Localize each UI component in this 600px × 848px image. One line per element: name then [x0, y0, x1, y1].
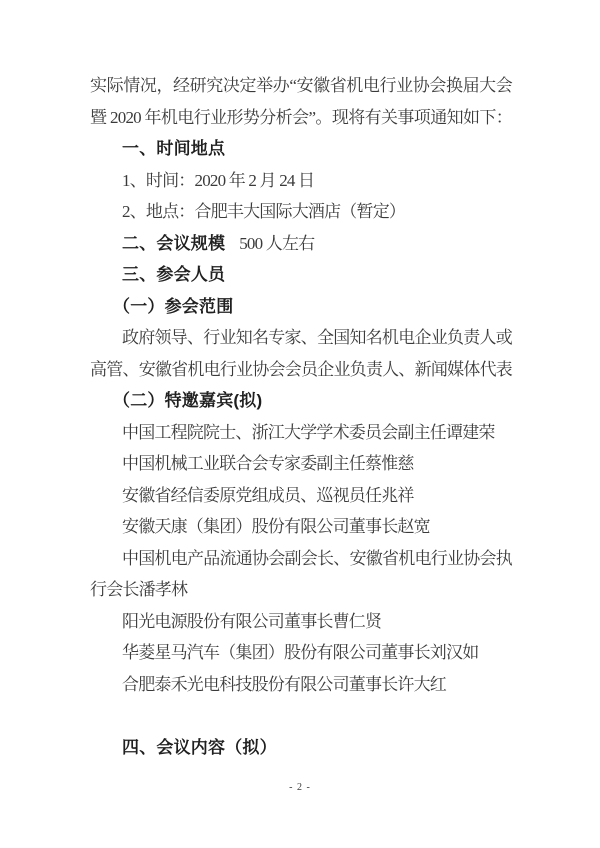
document-body: 实际情况，经研究决定举办“安徽省机电行业协会换届大会 暨 2020 年机电行业形…	[90, 70, 512, 763]
subheading-invited-guests: （二）特邀嘉宾(拟)	[90, 385, 512, 417]
guest-line: 华菱星马汽车（集团）股份有限公司董事长刘汉如	[90, 637, 512, 669]
guest-line: 中国机械工业联合会专家委副主任蔡惟慈	[90, 448, 512, 480]
heading-participants: 三、参会人员	[90, 259, 512, 291]
participant-scope-line: 政府领导、行业知名专家、全国知名机电企业负责人或	[90, 322, 512, 354]
heading-time-location: 一、时间地点	[90, 133, 512, 165]
participant-scope-line: 高管、安徽省机电行业协会会员企业负责人、新闻媒体代表	[90, 354, 512, 386]
subheading-participant-scope: （一）参会范围	[90, 291, 512, 323]
paragraph-continuation-line: 实际情况，经研究决定举办“安徽省机电行业协会换届大会	[90, 70, 512, 102]
meeting-scale-label: 二、会议规模	[122, 234, 225, 253]
paragraph-continuation-line: 暨 2020 年机电行业形势分析会”。现将有关事项通知如下：	[90, 102, 512, 134]
heading-meeting-content: 四、会议内容（拟）	[90, 732, 512, 764]
guest-line: 阳光电源股份有限公司董事长曹仁贤	[90, 606, 512, 638]
guest-line: 中国工程院院士、浙江大学学术委员会副主任谭建荣	[90, 417, 512, 449]
line-meeting-location: 2、地点：合肥丰大国际大酒店（暂定）	[90, 196, 512, 228]
guest-line: 安徽天康（集团）股份有限公司董事长赵宽	[90, 511, 512, 543]
heading-meeting-scale: 二、会议规模500 人左右	[90, 228, 512, 260]
line-meeting-time: 1、时间：2020 年 2 月 24 日	[90, 165, 512, 197]
meeting-scale-value: 500 人左右	[239, 234, 314, 253]
guest-line: 中国机电产品流通协会副会长、安徽省机电行业协会执	[90, 543, 512, 575]
page-number: - 2 -	[0, 782, 600, 793]
document-page: 实际情况，经研究决定举办“安徽省机电行业协会换届大会 暨 2020 年机电行业形…	[0, 0, 600, 848]
guest-line: 安徽省经信委原党组成员、巡视员任兆祥	[90, 480, 512, 512]
guest-line: 合肥泰禾光电科技股份有限公司董事长许大红	[90, 669, 512, 701]
guest-line-continuation: 行会长潘孝林	[90, 574, 512, 606]
